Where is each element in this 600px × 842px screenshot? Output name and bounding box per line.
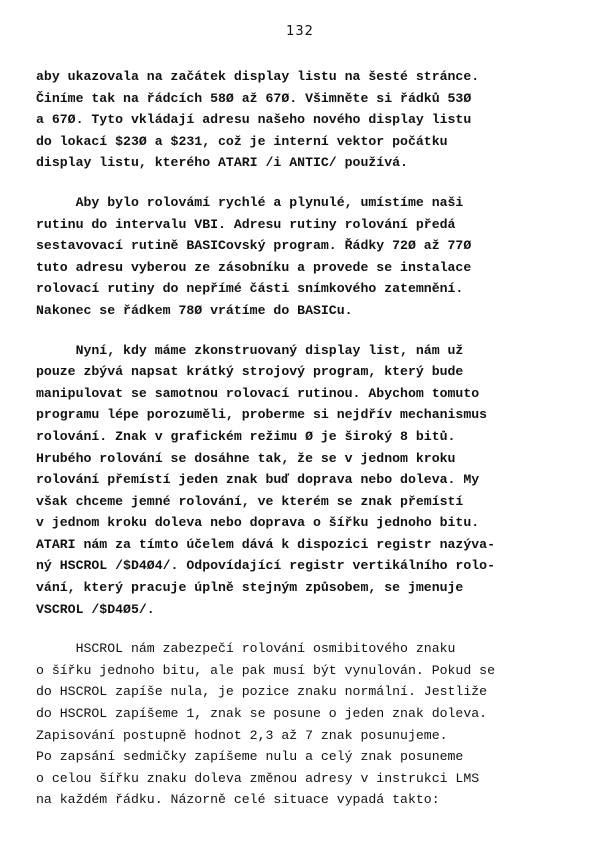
text-line: sestavovací rutině BASICovský program. Ř…: [36, 235, 576, 257]
paragraph: Aby bylo rolovámí rychlé a plynulé, umís…: [36, 192, 576, 322]
paragraph: Nyní, kdy máme zkonstruovaný display lis…: [36, 340, 576, 621]
text-line: programu lépe porozuměli, proberme si ne…: [36, 404, 576, 426]
text-line: rolovací rutiny do nepřímé části snímkov…: [36, 278, 576, 300]
text-line: Aby bylo rolovámí rychlé a plynulé, umís…: [36, 192, 576, 214]
text-line: aby ukazovala na začátek display listu n…: [36, 66, 576, 88]
text-line: Činíme tak na řádcích 58Ø až 67Ø. Všimně…: [36, 88, 576, 110]
text-line: Po zapsání sedmičky zapíšeme nulu a celý…: [36, 746, 576, 768]
text-line: VSCROL /$D4Ø5/.: [36, 599, 576, 621]
text-line: rolování přemístí jeden znak buď doprava…: [36, 469, 576, 491]
text-line: o celou šířku znaku doleva změnou adresy…: [36, 768, 576, 790]
paragraph: HSCROL nám zabezpečí rolování osmibitové…: [36, 638, 576, 811]
paragraph-gap: [36, 174, 576, 192]
text-line: ATARI nám za tímto účelem dává k dispozi…: [36, 534, 576, 556]
text-line: rolování. Znak v grafickém režimu Ø je š…: [36, 426, 576, 448]
text-line: ný HSCROL /$D4Ø4/. Odpovídající registr …: [36, 555, 576, 577]
text-line: display listu, kterého ATARI /i ANTIC/ p…: [36, 152, 576, 174]
paragraph: aby ukazovala na začátek display listu n…: [36, 66, 576, 174]
text-line: a 67Ø. Tyto vkládají adresu našeho novéh…: [36, 109, 576, 131]
paragraph-gap: [36, 322, 576, 340]
text-line: HSCROL nám zabezpečí rolování osmibitové…: [36, 638, 576, 660]
body-text: aby ukazovala na začátek display listu n…: [36, 66, 576, 811]
text-line: vání, který pracuje úplně stejným způsob…: [36, 577, 576, 599]
text-line: však chceme jemné rolování, ve kterém se…: [36, 491, 576, 513]
page-number: 132: [0, 24, 600, 39]
text-line: v jednom kroku doleva nebo doprava o šíř…: [36, 512, 576, 534]
text-line: do lokací $23Ø a $231, což je interní ve…: [36, 131, 576, 153]
text-line: na každém řádku. Názorně celé situace vy…: [36, 789, 576, 811]
text-line: Hrubého rolování se dosáhne tak, že se v…: [36, 448, 576, 470]
paragraph-gap: [36, 620, 576, 638]
text-line: tuto adresu vyberou ze zásobníku a prove…: [36, 257, 576, 279]
text-line: Nakonec se řádkem 78Ø vrátíme do BASICu.: [36, 300, 576, 322]
text-line: Nyní, kdy máme zkonstruovaný display lis…: [36, 340, 576, 362]
text-line: Zapisování postupně hodnot 2,3 až 7 znak…: [36, 725, 576, 747]
text-line: rutinu do intervalu VBI. Adresu rutiny r…: [36, 214, 576, 236]
text-line: manipulovat se samotnou rolovací rutinou…: [36, 383, 576, 405]
text-line: do HSCROL zapíše nula, je pozice znaku n…: [36, 681, 576, 703]
text-line: pouze zbývá napsat krátký strojový progr…: [36, 361, 576, 383]
text-line: o šířku jednoho bitu, ale pak musí být v…: [36, 660, 576, 682]
text-line: do HSCROL zapíšeme 1, znak se posune o j…: [36, 703, 576, 725]
